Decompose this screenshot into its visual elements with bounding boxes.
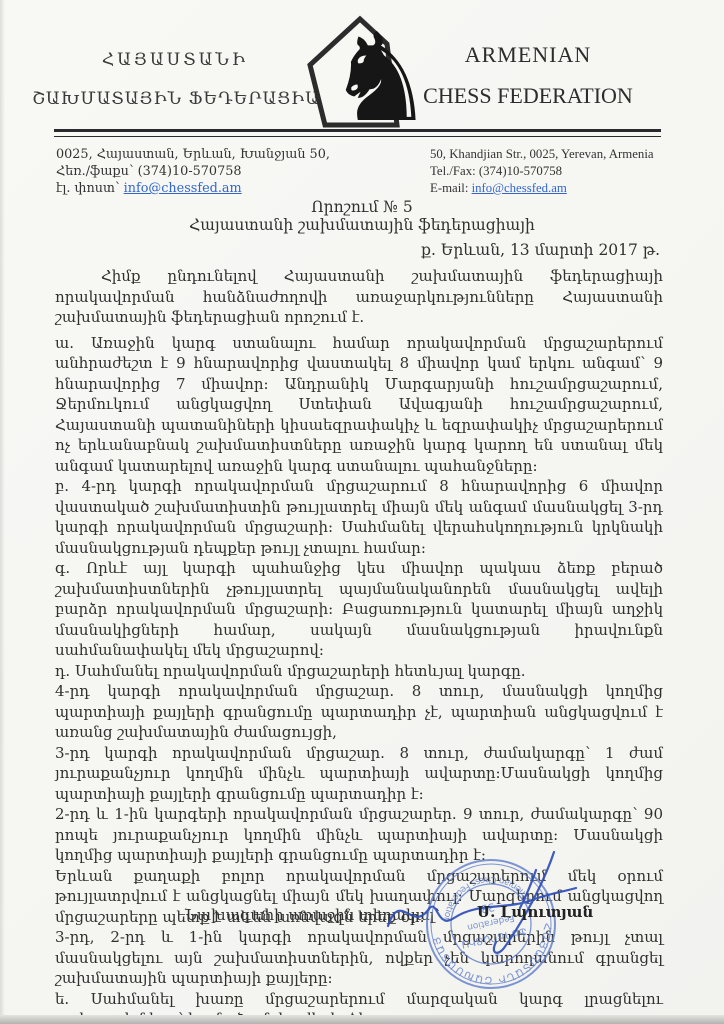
body-paragraph: դ. Սահմանել որակավորման մրցաշարերի հետևյ… xyxy=(55,661,663,682)
address-en: 50, Khandjian Str., 0025, Yerevan, Armen… xyxy=(430,146,710,163)
chess-knight-logo: ♞ xyxy=(300,10,450,136)
email-line-en: E-mail: info@chessfed.am xyxy=(430,180,710,197)
email-label-hy: էլ. փոստ՝ xyxy=(56,181,124,196)
email-line-hy: էլ. փոստ՝ info@chessfed.am xyxy=(56,180,386,197)
body-paragraph: գ. Որևէ այլ կարգի պահանջից կես միավոր պա… xyxy=(55,558,663,661)
body-paragraph: ա. Առաջին կարգ ստանալու համար որակավորմա… xyxy=(55,333,663,477)
signatory-name: Ս. Լպուտյան xyxy=(477,903,593,921)
body-paragraph: 4-րդ կարգի որակավորման մրցաշար. 8 տուր, … xyxy=(55,681,663,743)
document-page: ՀԱՅԱՍՏԱՆԻ ՇԱԽՄԱՏԱՅԻՆ ՖԵԴԵՐԱՑԻԱ ♞ ARMENIA… xyxy=(0,0,724,1024)
email-link-hy[interactable]: info@chessfed.am xyxy=(124,181,242,196)
contact-block-armenian: 0025, Հայաստան, Երևան, Խանջյան 50, Հեռ./… xyxy=(56,146,386,197)
body-paragraph: Հիմք ընդունելով Հայաստանի շախմատային ֆեդ… xyxy=(55,266,663,328)
email-link-en[interactable]: info@chessfed.am xyxy=(472,181,567,195)
knight-pentagon-icon: ♞ xyxy=(300,10,450,132)
scan-edge-shadow-left xyxy=(0,0,5,1024)
place-date-line: ք. Երևան, 13 մարտի 2017 թ. xyxy=(360,241,660,259)
decision-title: Որոշում № 5 xyxy=(0,198,724,216)
header-divider xyxy=(54,129,661,137)
address-hy: 0025, Հայաստան, Երևան, Խանջյան 50, xyxy=(56,146,386,163)
telfax-hy: Հեռ./ֆաքս՝ (374)10-570758 xyxy=(56,163,386,180)
org-name-armenian-line1: ՀԱՅԱՍՏԱՆԻ xyxy=(50,50,300,70)
scan-edge-shadow-bottom xyxy=(0,1015,724,1024)
body-paragraph: բ. 4-րդ կարգի որակավորման մրցաշարում 8 հ… xyxy=(55,476,663,558)
org-name-english-line2: CHESS FEDERATION xyxy=(398,83,658,109)
body-paragraph: 3-րդ կարգի որակավորման մրցաշար. 8 տուր, … xyxy=(55,743,663,805)
org-name-armenian-line2: ՇԱԽՄԱՏԱՅԻՆ ՖԵԴԵՐԱՑԻԱ xyxy=(18,89,334,109)
contact-block-english: 50, Khandjian Str., 0025, Yerevan, Armen… xyxy=(430,146,710,197)
telfax-en: Tel./Fax: (374)10-570758 xyxy=(430,163,710,180)
decision-subtitle: Հայաստանի շախմատային ֆեդերացիայի xyxy=(0,216,724,234)
org-name-english-line1: ARMENIAN xyxy=(428,42,628,68)
email-label-en: E-mail: xyxy=(430,181,472,195)
svg-text:♞: ♞ xyxy=(326,10,435,132)
